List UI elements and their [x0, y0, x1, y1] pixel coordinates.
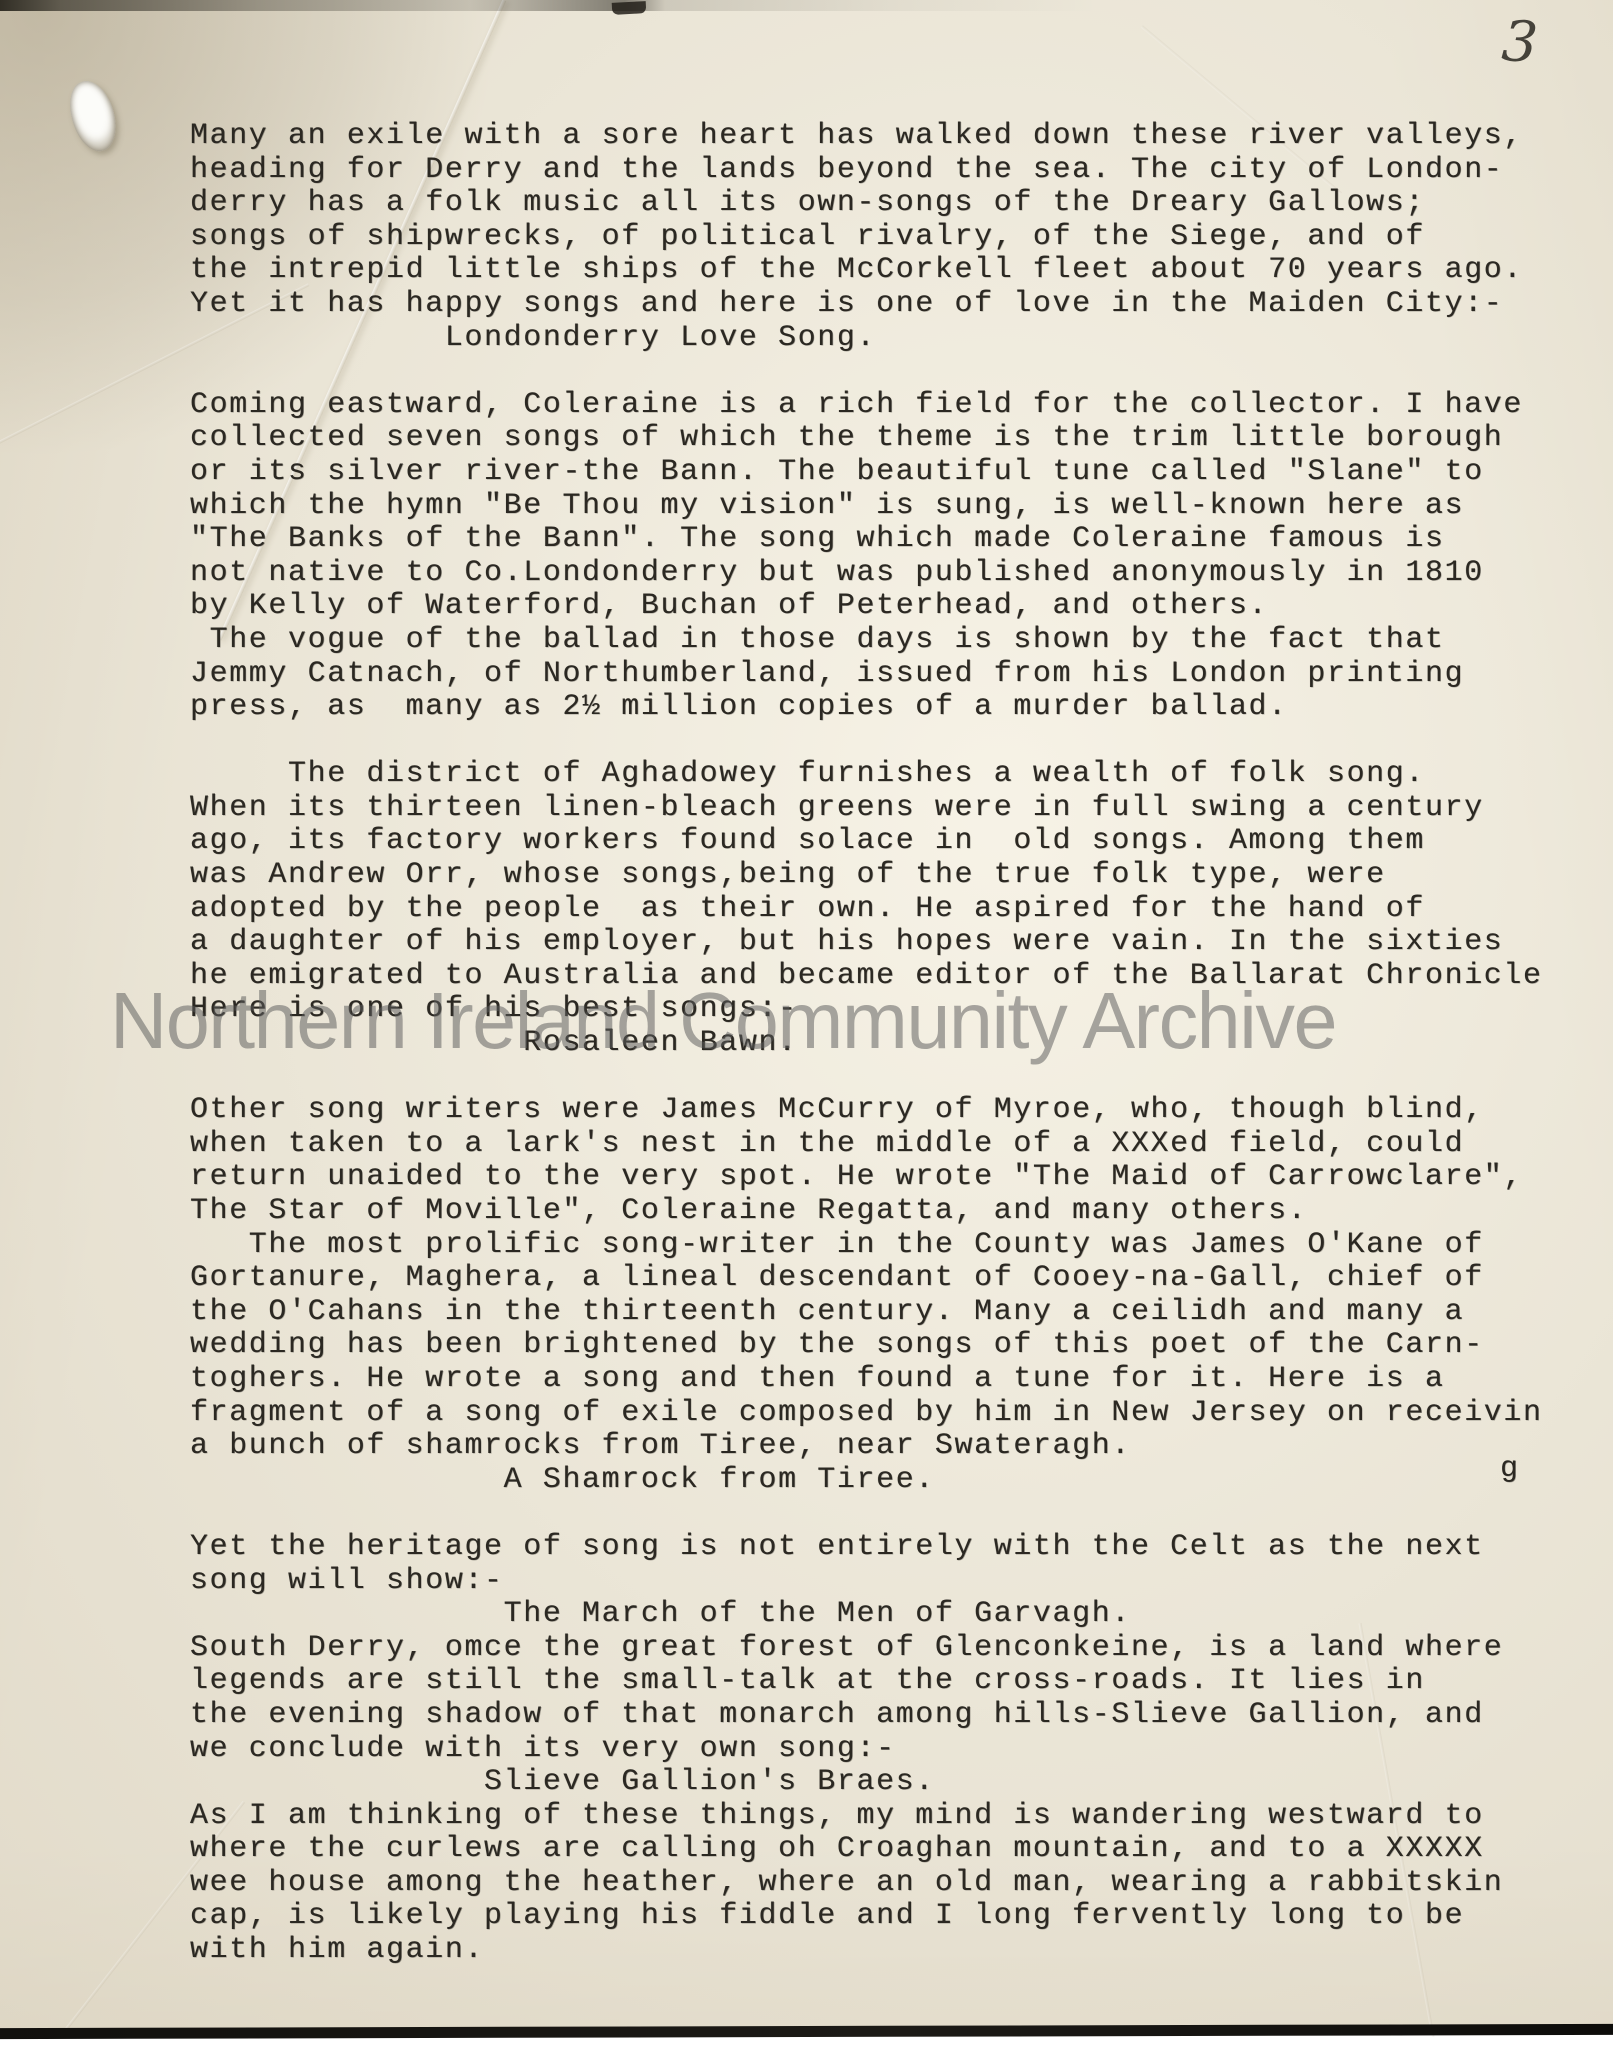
text-line	[190, 1497, 1543, 1531]
text-line: return unaided to the very spot. He wrot…	[190, 1161, 1543, 1195]
scanned-page: 3 Many an exile with a sore heart has wa…	[0, 0, 1613, 2048]
text-line: by Kelly of Waterford, Buchan of Peterhe…	[190, 590, 1543, 624]
text-line: where the curlews are calling oh Croagha…	[190, 1833, 1543, 1867]
text-line: the intrepid little ships of the McCorke…	[190, 254, 1543, 288]
text-line	[190, 725, 1543, 759]
text-line: or its silver river-the Bann. The beauti…	[190, 456, 1543, 490]
text-line	[190, 355, 1543, 389]
text-line: The Star of Moville", Coleraine Regatta,…	[190, 1195, 1543, 1229]
text-line: song will show:-	[190, 1565, 1543, 1599]
archive-watermark: Northern Ireland Community Archive	[110, 980, 1336, 1062]
text-line: fragment of a song of exile composed by …	[190, 1397, 1543, 1431]
text-line: The district of Aghadowey furnishes a we…	[190, 758, 1543, 792]
text-line: Other song writers were James McCurry of…	[190, 1094, 1543, 1128]
text-line: South Derry, omce the great forest of Gl…	[190, 1632, 1543, 1666]
text-line: Slieve Gallion's Braes.	[190, 1766, 1543, 1800]
text-line: Gortanure, Maghera, a lineal descendant …	[190, 1262, 1543, 1296]
text-line: Londonderry Love Song.	[190, 322, 1543, 356]
text-line: derry has a folk music all its own-songs…	[190, 187, 1543, 221]
text-line: cap, is likely playing his fiddle and I …	[190, 1900, 1543, 1934]
text-line: The March of the Men of Garvagh.	[190, 1598, 1543, 1632]
text-line: was Andrew Orr, whose songs,being of the…	[190, 859, 1543, 893]
dropped-char-g: g	[1500, 1452, 1518, 1486]
text-line: The vogue of the ballad in those days is…	[190, 624, 1543, 658]
text-line: legends are still the small-talk at the …	[190, 1665, 1543, 1699]
text-line: Many an exile with a sore heart has walk…	[190, 120, 1543, 154]
text-line: ago, its factory workers found solace in…	[190, 825, 1543, 859]
text-line: wedding has been brightened by the songs…	[190, 1329, 1543, 1363]
text-line: As I am thinking of these things, my min…	[190, 1800, 1543, 1834]
text-line: wee house among the heather, where an ol…	[190, 1867, 1543, 1901]
text-line: A Shamrock from Tiree.	[190, 1464, 1543, 1498]
text-line: Jemmy Catnach, of Northumberland, issued…	[190, 658, 1543, 692]
text-line: Yet it has happy songs and here is one o…	[190, 288, 1543, 322]
text-line: with him again.	[190, 1934, 1543, 1968]
text-line: the evening shadow of that monarch among…	[190, 1699, 1543, 1733]
text-line: songs of shipwrecks, of political rivalr…	[190, 221, 1543, 255]
text-line: Yet the heritage of song is not entirely…	[190, 1531, 1543, 1565]
text-line: the O'Cahans in the thirteenth century. …	[190, 1296, 1543, 1330]
text-line: "The Banks of the Bann". The song which …	[190, 523, 1543, 557]
text-line: a daughter of his employer, but his hope…	[190, 926, 1543, 960]
text-line: toghers. He wrote a song and then found …	[190, 1363, 1543, 1397]
text-line: The most prolific song-writer in the Cou…	[190, 1229, 1543, 1263]
paper-sheet: 3 Many an exile with a sore heart has wa…	[0, 0, 1613, 2030]
text-line: not native to Co.Londonderry but was pub…	[190, 557, 1543, 591]
text-line: press, as many as 2½ million copies of a…	[190, 691, 1543, 725]
text-line: which the hymn "Be Thou my vision" is su…	[190, 490, 1543, 524]
text-line: adopted by the people as their own. He a…	[190, 893, 1543, 927]
text-line: a bunch of shamrocks from Tiree, near Sw…	[190, 1430, 1543, 1464]
text-line: When its thirteen linen-bleach greens we…	[190, 792, 1543, 826]
text-line: Coming eastward, Coleraine is a rich fie…	[190, 389, 1543, 423]
text-line: collected seven songs of which the theme…	[190, 422, 1543, 456]
text-line	[190, 1061, 1543, 1095]
text-line: we conclude with its very own song:-	[190, 1733, 1543, 1767]
text-line: when taken to a lark's nest in the middl…	[190, 1128, 1543, 1162]
text-line: heading for Derry and the lands beyond t…	[190, 154, 1543, 188]
